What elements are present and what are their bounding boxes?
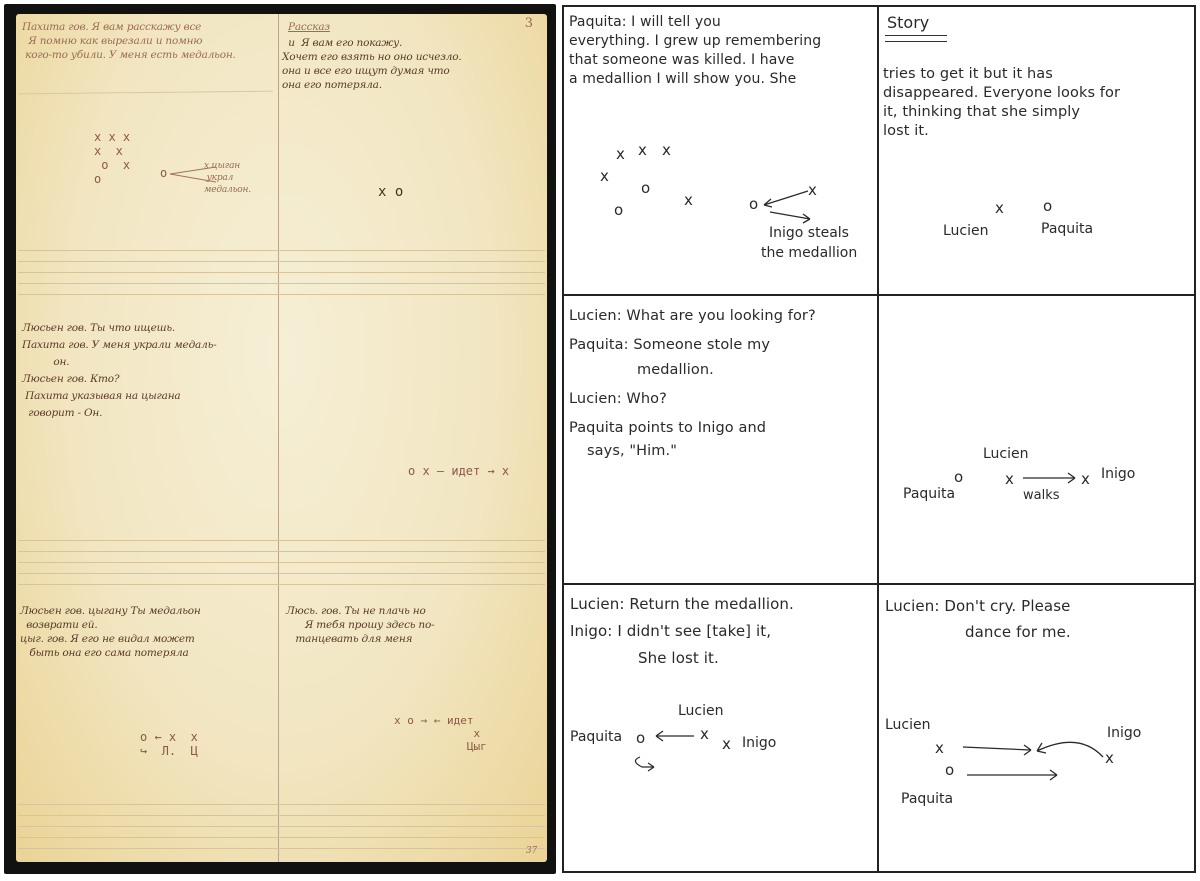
text-line: it, thinking that she simply (883, 103, 1120, 122)
panel-5-dialogue: Lucien: Return the medallion. Inigo: I d… (570, 591, 794, 672)
staff-lines (18, 804, 545, 852)
paquita-o-mark: o (954, 468, 963, 486)
manuscript-page: 3 Пахита гов. Я вам расскажу все Я помню… (16, 14, 547, 862)
inigo-x-mark: x (1081, 470, 1090, 488)
lucien-label: Lucien (885, 717, 931, 733)
lucien-label: Lucien (983, 446, 1029, 462)
walks-label: walks (1023, 488, 1060, 503)
caption-line: Inigo steals (769, 223, 857, 243)
lucien-x-mark: x (700, 725, 709, 743)
paquita-label: Paquita (901, 791, 953, 807)
inigo-x-mark: x (722, 735, 731, 753)
row1-annotation: x цыган украл медальон. (204, 160, 251, 196)
row1-left-text: Пахита гов. Я вам расскажу все Я помню к… (22, 20, 236, 62)
panel-1-caption: Inigo steals the medallion (769, 223, 857, 263)
text-line: Paquita: I will tell you (569, 13, 821, 32)
dancer-x-mark: x (616, 145, 625, 163)
dancer-x-mark: x (600, 167, 609, 185)
row3-left-text: Люсьен гов. цыгану Ты медальон возврати … (20, 604, 201, 660)
paquita-o-mark: o (1043, 197, 1052, 215)
panel-6: Lucien: Don't cry. Please dance for me. … (879, 585, 1194, 871)
manuscript-image: 3 Пахита гов. Я вам расскажу все Я помню… (4, 4, 556, 874)
dialogue-line: She lost it. (570, 645, 794, 672)
row3-left-marks: o ← x x ↪ Л. Ц (140, 730, 198, 758)
paquita-label: Paquita (903, 486, 955, 502)
panel-3: Lucien: What are you looking for? Paquit… (564, 296, 879, 585)
row1-right-marks: x o (378, 184, 403, 200)
text-line: disappeared. Everyone looks for (883, 84, 1120, 103)
row2-right-marks: o x — идет → x (408, 464, 509, 478)
paquita-o-mark: o (749, 195, 758, 213)
panel-2: Story tries to get it but it has disappe… (879, 7, 1194, 296)
row2-left-text: Люсьен гов. Ты что ищешь. Пахита гов. У … (22, 320, 216, 422)
story-heading: Story (887, 13, 929, 32)
dancer-o-mark: o (641, 179, 650, 197)
text-line: that someone was killed. I have (569, 51, 821, 70)
row1-underline (18, 91, 273, 95)
paquita-label: Paquita (570, 729, 622, 745)
storyboard-grid: Paquita: I will tell you everything. I g… (562, 5, 1196, 873)
dialogue-line: medallion. (569, 356, 816, 385)
paquita-o-mark: o (945, 761, 954, 779)
panel-1-text: Paquita: I will tell you everything. I g… (569, 13, 821, 89)
page-number: 3 (525, 16, 533, 31)
panel-2-text: tries to get it but it has disappeared. … (883, 65, 1120, 141)
dancer-x-mark: x (638, 141, 647, 159)
panel-1: Paquita: I will tell you everything. I g… (564, 7, 879, 296)
panel-3-dialogue: Lucien: What are you looking for? Paquit… (569, 302, 816, 466)
staff-lines (18, 540, 545, 588)
lucien-label: Lucien (943, 223, 989, 239)
row1-right-heading: Рассказ (288, 20, 330, 34)
text-line: a medallion I will show you. She (569, 70, 821, 89)
column-divider (278, 14, 279, 862)
paquita-o-mark: o (636, 729, 645, 747)
lucien-label: Lucien (678, 703, 724, 719)
inigo-label: Inigo (742, 735, 776, 751)
dialogue-line: Lucien: Don't cry. Please (885, 593, 1071, 619)
lucien-x-mark: x (935, 739, 944, 757)
panel-5: Lucien: Return the medallion. Inigo: I d… (564, 585, 879, 871)
dialogue-line: Lucien: Who? (569, 385, 816, 414)
dialogue-line: Lucien: What are you looking for? (569, 302, 816, 331)
dialogue-line: Lucien: Return the medallion. (570, 591, 794, 618)
row1-right-text: и Я вам его покажу. Хочет его взять но о… (282, 36, 462, 92)
dancer-x-mark: x (684, 191, 693, 209)
inigo-label: Inigo (1101, 466, 1135, 482)
formation-marks: x x xx x o xo (94, 130, 130, 186)
paquita-label: Paquita (1041, 221, 1093, 237)
dancer-x-mark: x (662, 141, 671, 159)
dialogue-line: Inigo: I didn't see [take] it, (570, 618, 794, 645)
row3-right-text: Люсь. гов. Ты не плачь но Я тебя прошу з… (286, 604, 434, 646)
dancer-o-mark: o (614, 201, 623, 219)
text-line: lost it. (883, 122, 1120, 141)
panel-6-dialogue: Lucien: Don't cry. Please dance for me. (885, 593, 1071, 645)
bottom-page-mark: 37 (526, 844, 537, 858)
text-line: tries to get it but it has (883, 65, 1120, 84)
staff-lines (18, 250, 545, 298)
row3-right-marks: x o → ← идет x Цыг (394, 714, 487, 753)
inigo-x-mark: x (1105, 749, 1114, 767)
lucien-x-mark: x (1005, 470, 1014, 488)
walk-arrow-icon (879, 296, 1194, 583)
caption-line: the medallion (761, 243, 857, 263)
inigo-x-mark: x (808, 181, 817, 199)
panel-4: Lucien o Paquita x walks x Inigo (879, 296, 1194, 585)
lucien-x-mark: x (995, 199, 1004, 217)
text-line: everything. I grew up remembering (569, 32, 821, 51)
dialogue-line: dance for me. (885, 619, 1071, 645)
inigo-label: Inigo (1107, 725, 1141, 741)
